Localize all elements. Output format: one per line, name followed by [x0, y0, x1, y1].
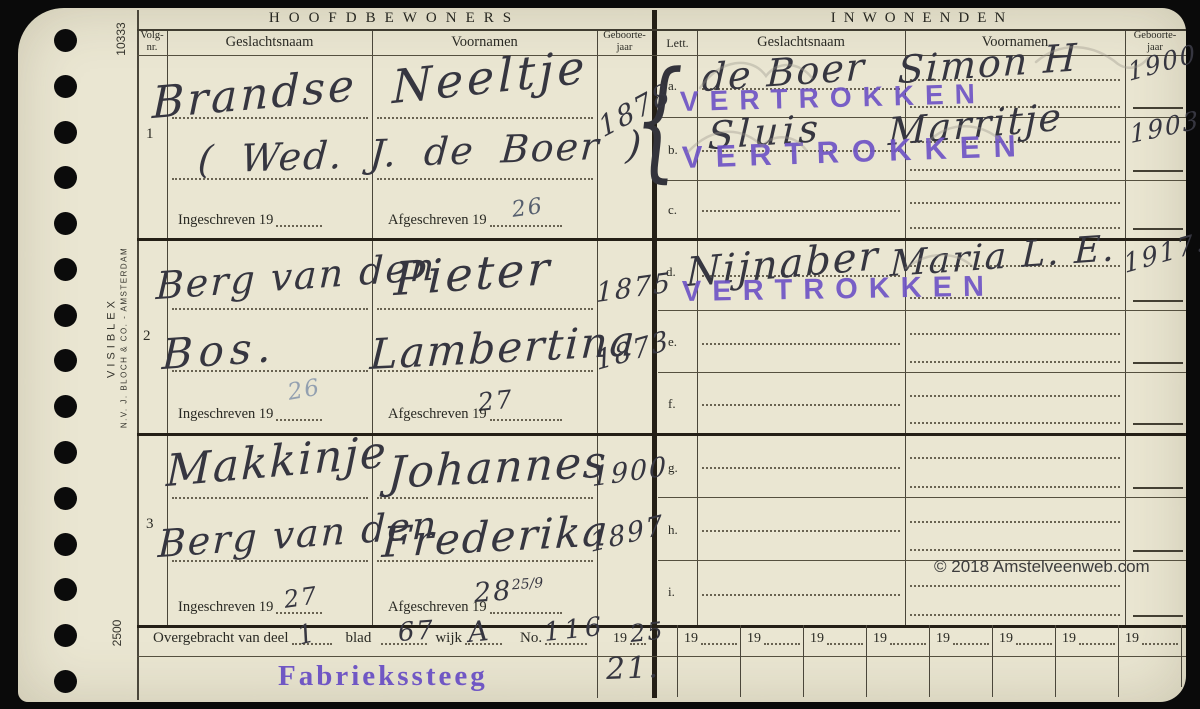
hw-afgeschreven-date: 25/9: [511, 575, 543, 593]
blank-dots: [490, 609, 562, 614]
year-cell-line: [1181, 625, 1182, 687]
row-line: [658, 497, 1186, 498]
writing-line: [377, 117, 593, 119]
lett-h: h.: [668, 522, 678, 538]
year-cell-line: [866, 625, 867, 697]
punch-hole: [54, 533, 77, 556]
writing-line: [910, 333, 1120, 335]
writing-line: [910, 585, 1120, 587]
ingeschreven-label: Ingeschreven 19: [178, 212, 273, 229]
year-cell: 19: [936, 631, 989, 647]
writing-line: [910, 361, 1120, 363]
punch-hole: [54, 166, 77, 189]
year-prefix: 19: [684, 631, 698, 647]
year-blank: [1079, 640, 1115, 645]
writing-line: [702, 530, 900, 532]
year-cell: 19: [873, 631, 926, 647]
writing-line: [910, 422, 1120, 424]
inwonenden-title: INWONENDEN: [658, 10, 1186, 27]
year-prefix: 19: [613, 631, 627, 647]
year-underline: [1133, 300, 1183, 302]
writing-line: [910, 202, 1120, 204]
blank-dots: [276, 416, 322, 421]
serial-number-bottom: 2500: [110, 611, 124, 655]
year-underline: [1133, 170, 1183, 172]
year-blank: [827, 640, 863, 645]
afgeschreven-label: Afgeschreven 19: [388, 406, 487, 423]
hw-wijk-value: A: [466, 614, 492, 649]
year-cell: 19: [747, 631, 800, 647]
punch-hole: [54, 395, 77, 418]
punch-hole: [54, 487, 77, 510]
year-underline: [1133, 615, 1183, 617]
blank-dots: [276, 222, 322, 227]
writing-line: [377, 308, 593, 310]
punch-hole: [54, 349, 77, 372]
punch-hole: [54, 121, 77, 144]
column-header-volgnr: Volg- nr.: [137, 30, 167, 54]
writing-line: [910, 521, 1120, 523]
year-underline: [1133, 362, 1183, 364]
manufacturer-block: VISIBLEX N.V. J. BLOCH & CO. - AMSTERDAM: [106, 238, 129, 438]
year-blank: [1016, 640, 1052, 645]
overgebracht-label: Overgebracht van deel: [153, 630, 289, 647]
writing-line: [702, 594, 900, 596]
hw-voornaam: Pieter: [393, 241, 553, 306]
writing-line: [377, 178, 593, 180]
blank-dots: [490, 222, 562, 227]
year-prefix: 19: [1062, 631, 1076, 647]
writing-line: [910, 549, 1120, 551]
overgebracht-line: Overgebracht van deel blad wijk No.: [153, 630, 587, 647]
photo-background: 10333 VISIBLEX N.V. J. BLOCH & CO. - AMS…: [0, 0, 1200, 709]
writing-line: [172, 308, 368, 310]
volgnr-2: 2: [143, 328, 151, 345]
year-underline: [1133, 550, 1183, 552]
ingeschreven-label: Ingeschreven 19: [178, 599, 273, 616]
year-underline: [1133, 228, 1183, 230]
ingeschreven-label: Ingeschreven 19: [178, 406, 273, 423]
year-cell-line: [740, 625, 741, 697]
year-blank: [953, 640, 989, 645]
year-cell-line: [677, 625, 678, 697]
visiblex-brand-label: VISIBLEX: [106, 238, 118, 438]
hw-blad-value: 67: [397, 615, 436, 648]
punch-hole: [54, 304, 77, 327]
hw-geslachtsnaam-2: Bos.: [161, 322, 278, 379]
vertrokken-stamp: VERTROKKEN: [682, 271, 996, 309]
writing-line: [910, 227, 1120, 229]
lett-c: c.: [668, 202, 677, 218]
no-label: No.: [520, 630, 542, 647]
year-prefix: 19: [810, 631, 824, 647]
ingeschreven-line: Ingeschreven 19: [178, 406, 322, 423]
year-cell-line: [1055, 625, 1056, 697]
wijk-label: wijk: [435, 630, 462, 647]
ingeschreven-line: Ingeschreven 19: [178, 212, 322, 229]
year-blank: [701, 640, 737, 645]
column-line: [1125, 29, 1126, 625]
writing-line: [172, 497, 368, 499]
column-line: [697, 29, 698, 625]
afgeschreven-label: Afgeschreven 19: [388, 599, 487, 616]
punch-hole: [54, 258, 77, 281]
column-header-geslachtsnaam: Geslachtsnaam: [167, 34, 372, 51]
punch-hole: [54, 578, 77, 601]
blank-dots: [276, 609, 322, 614]
hw-first-year-value: 25: [629, 616, 666, 647]
writing-line: [910, 457, 1120, 459]
writing-line: [910, 614, 1120, 616]
street-name-stamp: Fabriekssteeg: [278, 660, 488, 693]
punch-hole: [54, 75, 77, 98]
year-cell-line: [929, 625, 930, 697]
writing-line: [910, 169, 1120, 171]
row-line: [658, 310, 1186, 311]
afgeschreven-line: Afgeschreven 19: [388, 406, 562, 423]
writing-line: [702, 467, 900, 469]
punch-hole: [54, 212, 77, 235]
title-underline: [137, 29, 1186, 31]
lett-i: i.: [668, 584, 675, 600]
year-cell-line: [803, 625, 804, 697]
punch-hole: [54, 29, 77, 52]
year-prefix: 19: [999, 631, 1013, 647]
year-cell: 19: [1062, 631, 1115, 647]
afgeschreven-label: Afgeschreven 19: [388, 212, 487, 229]
manufacturer-label: N.V. J. BLOCH & CO. - AMSTERDAM: [120, 238, 129, 438]
year-blank: [764, 640, 800, 645]
afgeschreven-line: Afgeschreven 19: [388, 599, 562, 616]
year-cell-line: [1118, 625, 1119, 697]
year-blank: [1142, 640, 1178, 645]
year-underline: [1133, 487, 1183, 489]
blank-dots: [490, 416, 562, 421]
punch-hole: [54, 670, 77, 693]
writing-line: [910, 486, 1120, 488]
lett-g: g.: [668, 460, 678, 476]
row-line: [658, 180, 1186, 181]
row-line: [658, 372, 1186, 373]
writing-line: [702, 404, 900, 406]
ingeschreven-line: Ingeschreven 19: [178, 599, 322, 616]
year-cell: 19: [684, 631, 737, 647]
year-prefix: 19: [1125, 631, 1139, 647]
year-prefix: 19: [873, 631, 887, 647]
hw-no-value: 116: [542, 612, 606, 648]
hoofdbewoners-title: HOOFDBEWONERS: [137, 10, 652, 27]
writing-line: [702, 343, 900, 345]
volgnr-3: 3: [146, 516, 154, 533]
lett-f: f.: [668, 396, 676, 412]
watermark: © 2018 Amstelveenweb.com: [934, 557, 1150, 577]
year-blank: [890, 640, 926, 645]
year-cell: 19: [999, 631, 1052, 647]
year-cell: 19: [1125, 631, 1178, 647]
hw-house-number: 21.: [605, 650, 660, 687]
afgeschreven-line: Afgeschreven 19: [388, 212, 562, 229]
serial-number-top: 10333: [114, 15, 128, 63]
writing-line: [910, 395, 1120, 397]
year-prefix: 19: [936, 631, 950, 647]
table-left-border: [137, 10, 139, 700]
year-cell: 19: [810, 631, 863, 647]
year-underline: [1133, 107, 1183, 109]
blad-label: blad: [346, 630, 372, 647]
punch-hole: [54, 624, 77, 647]
footer-row-line: [137, 656, 1186, 657]
writing-line: [702, 210, 900, 212]
year-prefix: 19: [747, 631, 761, 647]
year-underline: [1133, 423, 1183, 425]
year-cell-line: [992, 625, 993, 697]
punch-hole: [54, 441, 77, 464]
